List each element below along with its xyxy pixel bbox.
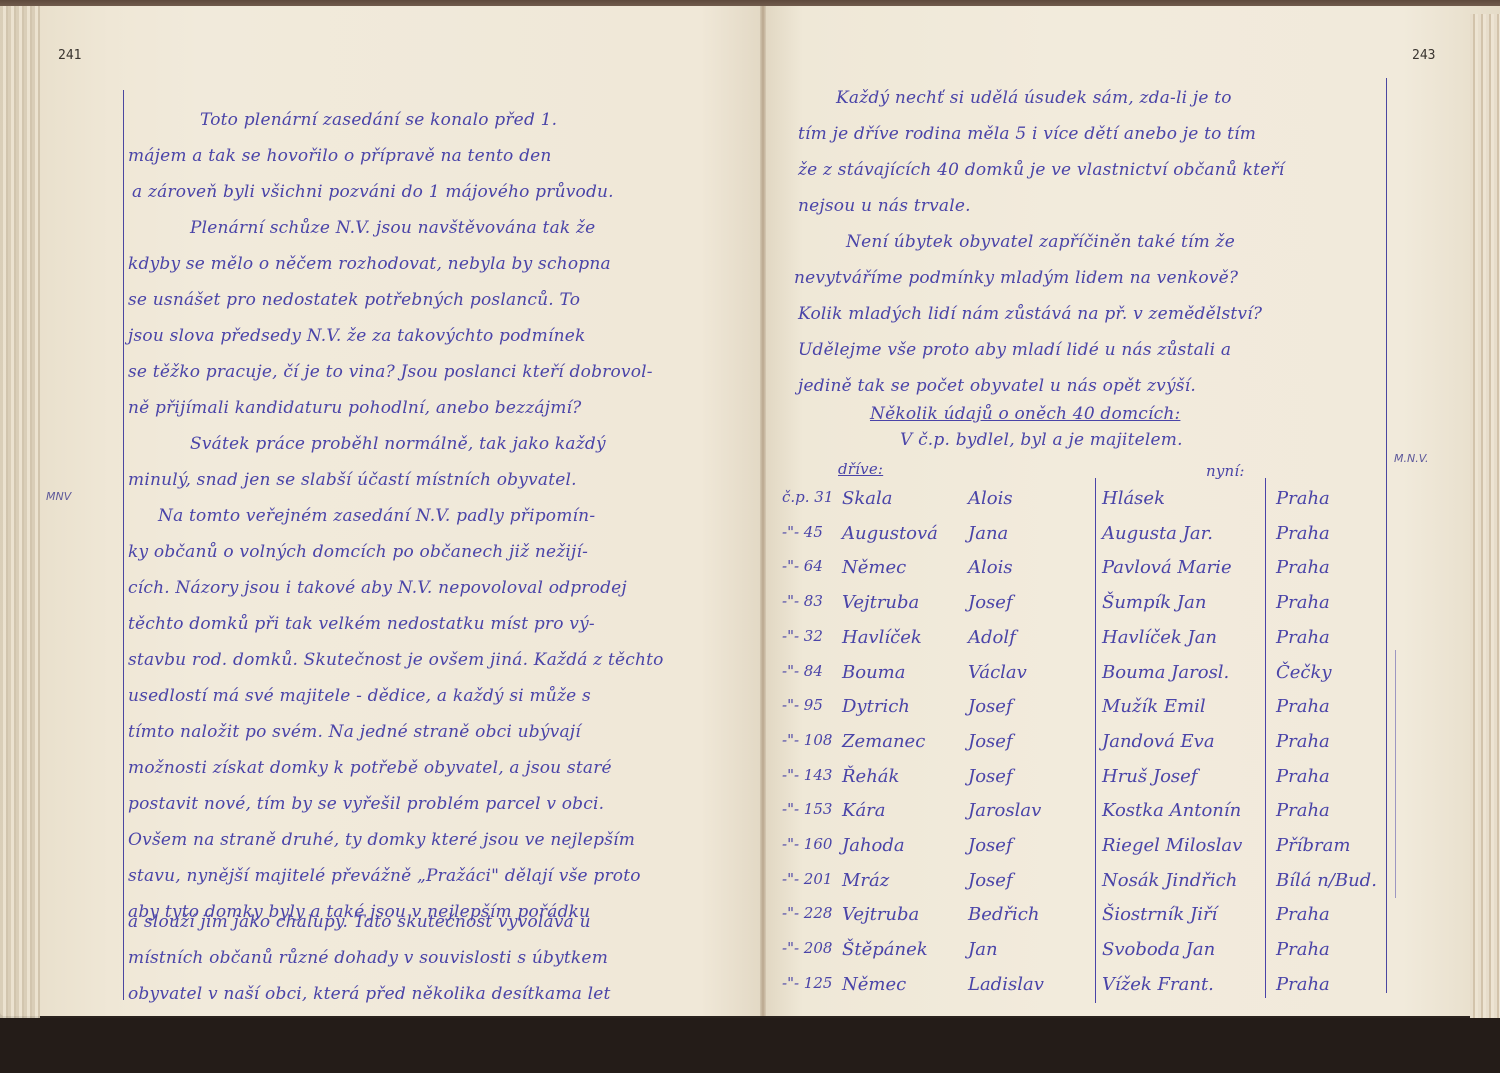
house-number: -"- 32 bbox=[782, 627, 823, 645]
left-margin-note: MNV bbox=[46, 490, 71, 503]
table-divider-2 bbox=[1265, 478, 1266, 998]
text-line: a zároveň byli všichni pozváni do 1 májo… bbox=[132, 182, 614, 202]
current-owner: Šumpík Jan bbox=[1102, 592, 1206, 613]
house-number: -"- 45 bbox=[782, 523, 823, 541]
text-line: kdyby se mělo o něčem rozhodovat, nebyla… bbox=[128, 254, 611, 274]
text-line: Udělejme vše proto aby mladí lidé u nás … bbox=[798, 340, 1231, 360]
former-owner-name: Václav bbox=[968, 662, 1027, 683]
owner-residence: Praha bbox=[1276, 766, 1330, 787]
current-owner: Mužík Emil bbox=[1102, 696, 1206, 717]
house-number: -"- 208 bbox=[782, 939, 832, 957]
former-owner-surname: Jahoda bbox=[842, 835, 905, 856]
current-owner: Augusta Jar. bbox=[1102, 523, 1213, 544]
current-owner: Hlásek bbox=[1102, 488, 1165, 509]
text-line: minulý, snad jen se slabší účastí místní… bbox=[128, 470, 577, 490]
text-line: Plenární schůze N.V. jsou navštěvována t… bbox=[190, 218, 595, 238]
current-owner: Vížek Frant. bbox=[1102, 974, 1214, 995]
table-divider-1 bbox=[1095, 478, 1096, 1003]
owner-residence: Praha bbox=[1276, 974, 1330, 995]
text-line: tímto naložit po svém. Na jedné straně o… bbox=[128, 722, 581, 742]
house-number: -"- 153 bbox=[782, 800, 832, 818]
former-owner-name: Josef bbox=[968, 766, 1013, 787]
table-subheading: V č.p. bydlel, byl a je majitelem. bbox=[900, 430, 1183, 450]
text-line: ně přijímali kandidaturu pohodlní, anebo… bbox=[128, 398, 582, 418]
former-owner-name: Adolf bbox=[968, 627, 1016, 648]
text-line: Svátek práce proběhl normálně, tak jako … bbox=[190, 434, 606, 454]
right-margin-line bbox=[1386, 78, 1387, 993]
right-page bbox=[763, 6, 1500, 1016]
former-owner-surname: Bouma bbox=[842, 662, 905, 683]
former-owner-surname: Zemanec bbox=[842, 731, 925, 752]
owner-residence: Praha bbox=[1276, 488, 1330, 509]
text-line: a slouží jim jako chalupy. Tato skutečno… bbox=[128, 912, 591, 932]
book-gutter bbox=[760, 6, 766, 1016]
former-owner-surname: Vejtruba bbox=[842, 592, 919, 613]
current-owner: Havlíček Jan bbox=[1102, 627, 1217, 648]
current-owner: Bouma Jarosl. bbox=[1102, 662, 1229, 683]
former-owner-surname: Skala bbox=[842, 488, 892, 509]
house-number: -"- 143 bbox=[782, 766, 832, 784]
former-owner-surname: Vejtruba bbox=[842, 904, 919, 925]
house-number: -"- 64 bbox=[782, 557, 823, 575]
current-owner: Pavlová Marie bbox=[1102, 557, 1232, 578]
text-line: Toto plenární zasedání se konalo před 1. bbox=[200, 110, 557, 130]
current-owner: Hruš Josef bbox=[1102, 766, 1197, 787]
owner-residence: Praha bbox=[1276, 557, 1330, 578]
house-number: -"- 125 bbox=[782, 974, 832, 992]
left-page-number: 241 bbox=[58, 48, 81, 63]
right-page-number: 243 bbox=[1412, 48, 1435, 63]
former-owner-surname: Němec bbox=[842, 974, 906, 995]
owner-residence: Praha bbox=[1276, 800, 1330, 821]
text-line: postavit nové, tím by se vyřešil problém… bbox=[128, 794, 604, 814]
left-page-edges bbox=[0, 6, 40, 1026]
former-owner-name: Jana bbox=[968, 523, 1008, 544]
owner-residence: Praha bbox=[1276, 904, 1330, 925]
former-owner-surname: Havlíček bbox=[842, 627, 922, 648]
former-owner-surname: Řehák bbox=[842, 766, 899, 787]
text-line: cích. Názory jsou i takové aby N.V. nepo… bbox=[128, 578, 627, 598]
house-number: -"- 201 bbox=[782, 870, 832, 888]
text-line: jedině tak se počet obyvatel u nás opět … bbox=[798, 376, 1196, 396]
text-line: Na tomto veřejném zasedání N.V. padly př… bbox=[158, 506, 595, 526]
current-owner: Svoboda Jan bbox=[1102, 939, 1215, 960]
text-line: se těžko pracuje, čí je to vina? Jsou po… bbox=[128, 362, 653, 382]
house-number: č.p. 31 bbox=[782, 488, 833, 506]
former-owner-name: Ladislav bbox=[968, 974, 1044, 995]
former-owner-name: Alois bbox=[968, 488, 1013, 509]
former-owner-surname: Kára bbox=[842, 800, 886, 821]
current-owner: Kostka Antonín bbox=[1102, 800, 1241, 821]
owner-residence: Praha bbox=[1276, 523, 1330, 544]
former-owner-surname: Mráz bbox=[842, 870, 889, 891]
text-line: možnosti získat domky k potřebě obyvatel… bbox=[128, 758, 612, 778]
table-divider-3 bbox=[1395, 650, 1396, 898]
former-owner-name: Jan bbox=[968, 939, 998, 960]
right-page-edges bbox=[1470, 14, 1500, 1034]
former-owner-name: Josef bbox=[968, 870, 1013, 891]
current-owner: Nosák Jindřich bbox=[1102, 870, 1237, 891]
former-owner-name: Josef bbox=[968, 592, 1013, 613]
text-line: stavu, nynější majitelé převážně „Pražác… bbox=[128, 866, 641, 886]
former-owner-surname: Dytrich bbox=[842, 696, 910, 717]
table-heading: Několik údajů o oněch 40 domcích: bbox=[870, 404, 1180, 424]
current-owner: Šiostrník Jiří bbox=[1102, 904, 1217, 925]
house-number: -"- 95 bbox=[782, 696, 823, 714]
text-line: tím je dříve rodina měla 5 i více dětí a… bbox=[798, 124, 1256, 144]
text-line: Kolik mladých lidí nám zůstává na př. v … bbox=[798, 304, 1262, 324]
owner-residence: Praha bbox=[1276, 696, 1330, 717]
owner-residence: Čečky bbox=[1276, 662, 1332, 683]
text-line: místních občanů různé dohady v souvislos… bbox=[128, 948, 608, 968]
column-header-now: nyní: bbox=[1206, 462, 1245, 480]
house-number: -"- 108 bbox=[782, 731, 832, 749]
text-line: jsou slova předsedy N.V. že za takovýcht… bbox=[128, 326, 586, 346]
owner-residence: Praha bbox=[1276, 939, 1330, 960]
book-bottom-shadow bbox=[0, 1018, 1500, 1073]
owner-residence: Bílá n/Bud. bbox=[1276, 870, 1377, 891]
current-owner: Riegel Miloslav bbox=[1102, 835, 1242, 856]
former-owner-surname: Němec bbox=[842, 557, 906, 578]
text-line: se usnášet pro nedostatek potřebných pos… bbox=[128, 290, 580, 310]
open-chronicle-book: 241 MNV Toto plenární zasedání se konalo… bbox=[0, 0, 1500, 1073]
left-margin-line bbox=[123, 90, 124, 1000]
owner-residence: Příbram bbox=[1276, 835, 1350, 856]
text-line: Není úbytek obyvatel zapříčiněn také tím… bbox=[846, 232, 1235, 252]
right-margin-note: M.N.V. bbox=[1394, 452, 1428, 465]
house-number: -"- 228 bbox=[782, 904, 832, 922]
former-owner-name: Josef bbox=[968, 835, 1013, 856]
house-number: -"- 84 bbox=[782, 662, 823, 680]
house-number: -"- 83 bbox=[782, 592, 823, 610]
text-line: Ovšem na straně druhé, ty domky které js… bbox=[128, 830, 635, 850]
former-owner-name: Alois bbox=[968, 557, 1013, 578]
owner-residence: Praha bbox=[1276, 627, 1330, 648]
former-owner-name: Jaroslav bbox=[968, 800, 1041, 821]
former-owner-name: Josef bbox=[968, 696, 1013, 717]
text-line: ky občanů o volných domcích po občanech … bbox=[128, 542, 588, 562]
current-owner: Jandová Eva bbox=[1102, 731, 1215, 752]
former-owner-name: Josef bbox=[968, 731, 1013, 752]
text-line: těchto domků při tak velkém nedostatku m… bbox=[128, 614, 595, 634]
column-header-before: dříve: bbox=[838, 460, 883, 478]
former-owner-name: Bedřich bbox=[968, 904, 1039, 925]
text-line: Každý nechť si udělá úsudek sám, zda-li … bbox=[836, 88, 1232, 108]
text-line: nevytváříme podmínky mladým lidem na ven… bbox=[794, 268, 1238, 288]
text-line: stavbu rod. domků. Skutečnost je ovšem j… bbox=[128, 650, 664, 670]
text-line: usedlostí má své majitele - dědice, a ka… bbox=[128, 686, 591, 706]
text-line: obyvatel v naší obci, která před několik… bbox=[128, 984, 611, 1004]
former-owner-surname: Augustová bbox=[842, 523, 938, 544]
owner-residence: Praha bbox=[1276, 731, 1330, 752]
owner-residence: Praha bbox=[1276, 592, 1330, 613]
former-owner-surname: Štěpánek bbox=[842, 939, 928, 960]
house-number: -"- 160 bbox=[782, 835, 832, 853]
text-line: nejsou u nás trvale. bbox=[798, 196, 971, 216]
text-line: že z stávajících 40 domků je ve vlastnic… bbox=[798, 160, 1284, 180]
text-line: májem a tak se hovořilo o přípravě na te… bbox=[128, 146, 552, 166]
